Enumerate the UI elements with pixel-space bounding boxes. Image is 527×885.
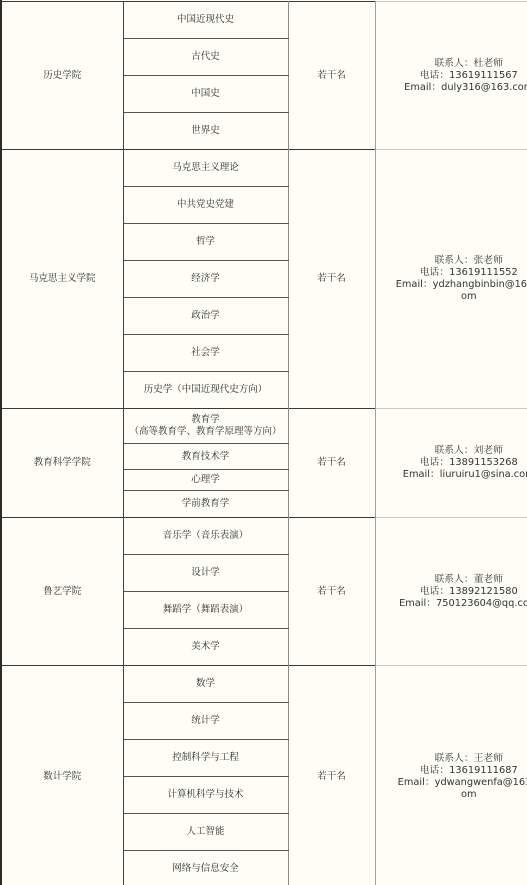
major-cell: 中共党史党建 [123, 187, 288, 224]
college-name: 数计学院 [2, 666, 123, 885]
contact-cell: 联系人：王老师 电话：13619111687 Email：ydwangwenfa… [375, 666, 527, 885]
contact-email: Email：ydwangwenfa@163.com [395, 777, 527, 801]
table-row: 马克思主义学院 马克思主义理论 若干名 联系人：张老师 电话：136191115… [2, 150, 527, 187]
contact-email: Email：750123604@qq.com [395, 598, 527, 610]
table-row: 数计学院 数学 若干名 联系人：王老师 电话：13619111687 Email… [2, 666, 527, 703]
contact-cell: 联系人：刘老师 电话：13891153268 Email：liuruiru1@s… [375, 409, 527, 518]
recruit-count: 若干名 [288, 2, 375, 150]
major-cell: 历史学（中国近现代史方向） [123, 372, 288, 409]
major-cell: 数学 [123, 666, 288, 703]
college-name: 教育科学学院 [2, 409, 123, 518]
major-cell: 社会学 [123, 335, 288, 372]
major-cell: 政治学 [123, 298, 288, 335]
major-cell: 中国近现代史 [123, 2, 288, 39]
recruit-count: 若干名 [288, 518, 375, 666]
major-cell: 人工智能 [123, 814, 288, 851]
recruit-count: 若干名 [288, 666, 375, 885]
major-cell: 教育学 （高等教育学、教育学原理等方向） [123, 409, 288, 444]
major-cell: 统计学 [123, 703, 288, 740]
major-cell: 计算机科学与技术 [123, 777, 288, 814]
major-cell: 设计学 [123, 555, 288, 592]
table-row: 历史学院 中国近现代史 若干名 联系人：杜老师 电话：13619111567 E… [2, 2, 527, 39]
college-name: 鲁艺学院 [2, 518, 123, 666]
major-cell: 控制科学与工程 [123, 740, 288, 777]
major-name: 教育学 [124, 414, 288, 426]
table-row: 教育科学学院 教育学 （高等教育学、教育学原理等方向） 若干名 联系人：刘老师 … [2, 409, 527, 444]
contact-person: 联系人：董老师 [395, 574, 527, 586]
major-cell: 舞蹈学（舞蹈表演） [123, 592, 288, 629]
contact-phone: 电话：13619111567 [395, 70, 527, 82]
major-cell: 心理学 [123, 470, 288, 491]
contact-phone: 电话：13892121580 [395, 586, 527, 598]
major-cell: 网络与信息安全 [123, 851, 288, 885]
major-cell: 学前教育学 [123, 491, 288, 518]
contact-cell: 联系人：张老师 电话：13619111552 Email：ydzhangbinb… [375, 150, 527, 409]
contact-cell: 联系人：杜老师 电话：13619111567 Email：duly316@163… [375, 2, 527, 150]
major-cell: 马克思主义理论 [123, 150, 288, 187]
contact-person: 联系人：张老师 [395, 255, 527, 267]
college-name: 马克思主义学院 [2, 150, 123, 409]
major-cell: 哲学 [123, 224, 288, 261]
recruit-count: 若干名 [288, 409, 375, 518]
contact-phone: 电话：13619111552 [395, 267, 527, 279]
recruit-count: 若干名 [288, 150, 375, 409]
major-direction: （高等教育学、教育学原理等方向） [124, 426, 288, 438]
major-cell: 古代史 [123, 39, 288, 76]
contact-email: Email：liuruiru1@sina.com [395, 469, 527, 481]
major-cell: 美术学 [123, 629, 288, 666]
contact-phone: 电话：13619111687 [395, 765, 527, 777]
major-cell: 中国史 [123, 76, 288, 113]
major-cell: 经济学 [123, 261, 288, 298]
table-row: 鲁艺学院 音乐学（音乐表演） 若干名 联系人：董老师 电话：1389212158… [2, 518, 527, 555]
contact-cell: 联系人：董老师 电话：13892121580 Email：750123604@q… [375, 518, 527, 666]
contact-person: 联系人：王老师 [395, 753, 527, 765]
college-name: 历史学院 [2, 2, 123, 150]
major-cell: 教育技术学 [123, 444, 288, 470]
contact-phone: 电话：13891153268 [395, 457, 527, 469]
contact-email: Email：duly316@163.com [395, 82, 527, 94]
contact-email: Email：ydzhangbinbin@163.com [395, 279, 527, 303]
contact-person: 联系人：杜老师 [395, 58, 527, 70]
recruitment-table: 历史学院 中国近现代史 若干名 联系人：杜老师 电话：13619111567 E… [2, 1, 527, 885]
major-cell: 音乐学（音乐表演） [123, 518, 288, 555]
contact-person: 联系人：刘老师 [395, 445, 527, 457]
major-cell: 世界史 [123, 113, 288, 150]
